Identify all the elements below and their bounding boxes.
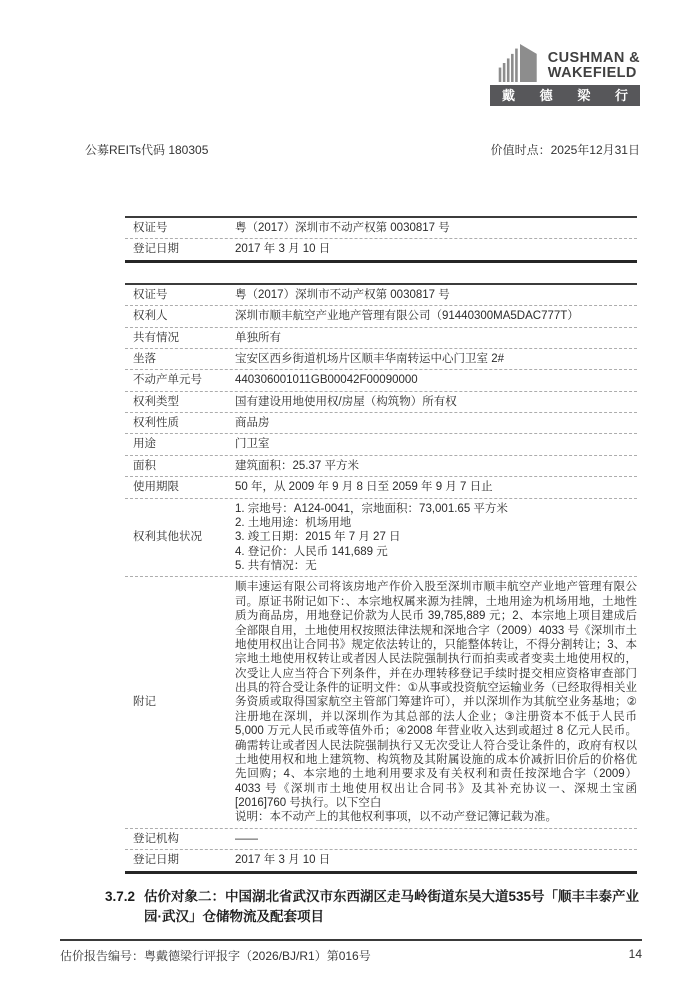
row-value: 50 年，从 2009 年 9 月 8 日至 2059 年 9 月 7 日止 (235, 480, 637, 494)
table-row: 面积 建筑面积：25.37 平方米 (125, 455, 637, 476)
row-value: 顺丰速运有限公司将该房地产作价入股至深圳市顺丰航空产业地产管理有限公司。原证书附… (235, 580, 637, 824)
row-label: 登记机构 (125, 832, 235, 846)
row-label: 登记日期 (125, 853, 235, 867)
row-value: 单独所有 (235, 331, 637, 345)
row-label: 面积 (125, 459, 235, 473)
section-title: 估价对象二：中国湖北省武汉市东西湖区走马岭街道东吴大道535号「顺丰丰泰产业园·… (144, 887, 650, 928)
row-label: 用途 (125, 437, 235, 451)
table-row: 登记日期 2017 年 3 月 10 日 (125, 849, 637, 870)
table-row: 使用期限 50 年，从 2009 年 9 月 8 日至 2059 年 9 月 7… (125, 476, 637, 497)
row-label: 权利性质 (125, 416, 235, 430)
section-heading: 3.7.2 估价对象二：中国湖北省武汉市东西湖区走马岭街道东吴大道535号「顺丰… (105, 887, 650, 928)
brand-line1: CUSHMAN & (548, 51, 640, 67)
building-logo-icon (498, 44, 542, 82)
row-label: 坐落 (125, 352, 235, 366)
certificate-summary-table: 权证号 粤（2017）深圳市不动产权第 0030817 号 登记日期 2017 … (125, 216, 637, 263)
table-row: 登记机构 —— (125, 828, 637, 849)
document-meta-row: 公募REITs代码 180305 价值时点：2025年12月31日 (85, 141, 640, 158)
table-row: 权利类型 国有建设用地使用权/房屋（构筑物）所有权 (125, 391, 637, 412)
row-label: 使用期限 (125, 480, 235, 494)
row-label: 登记日期 (125, 242, 235, 256)
table-row: 权利人 深圳市顺丰航空产业地产管理有限公司（91440300MA5DAC777T… (125, 305, 637, 326)
table-row: 权利性质 商品房 (125, 412, 637, 433)
row-value: 粤（2017）深圳市不动产权第 0030817 号 (235, 221, 637, 235)
report-number: 估价报告编号：粤戴德梁行评报字（2026/BJ/R1）第016号 (60, 947, 371, 964)
row-label: 权证号 (125, 288, 235, 302)
row-value: 2017 年 3 月 10 日 (235, 853, 637, 867)
page-footer: 估价报告编号：粤戴德梁行评报字（2026/BJ/R1）第016号 14 (60, 939, 642, 964)
row-value: 1. 宗地号：A124-0041，宗地面积：73,001.65 平方米 2. 土… (235, 502, 637, 574)
report-page: CUSHMAN & WAKEFIELD 戴 德 梁 行 公募REITs代码 18… (0, 0, 700, 990)
page-number: 14 (629, 947, 642, 964)
row-value: 深圳市顺丰航空产业地产管理有限公司（91440300MA5DAC777T） (235, 309, 637, 323)
reits-code: 公募REITs代码 180305 (85, 141, 208, 158)
row-value: 国有建设用地使用权/房屋（构筑物）所有权 (235, 395, 637, 409)
brand-chinese-bar: 戴 德 梁 行 (490, 85, 640, 106)
table-row: 权证号 粤（2017）深圳市不动产权第 0030817 号 (125, 218, 637, 238)
table-row: 不动产单元号 440306001011GB00042F00090000 (125, 369, 637, 390)
table-row: 权证号 粤（2017）深圳市不动产权第 0030817 号 (125, 285, 637, 305)
row-label: 权证号 (125, 221, 235, 235)
row-value: 粤（2017）深圳市不动产权第 0030817 号 (235, 288, 637, 302)
row-label: 共有情况 (125, 331, 235, 345)
table-row-other-rights: 权利其他状况 1. 宗地号：A124-0041，宗地面积：73,001.65 平… (125, 498, 637, 577)
cushman-wakefield-logo: CUSHMAN & WAKEFIELD 戴 德 梁 行 (490, 44, 640, 106)
row-label: 不动产单元号 (125, 373, 235, 387)
row-value: 2017 年 3 月 10 日 (235, 242, 637, 256)
row-value: —— (235, 832, 637, 846)
property-registration-table: 权证号 粤（2017）深圳市不动产权第 0030817 号 权利人 深圳市顺丰航… (125, 283, 637, 874)
valuation-date: 价值时点：2025年12月31日 (491, 141, 640, 158)
table-row: 登记日期 2017 年 3 月 10 日 (125, 238, 637, 259)
row-value: 建筑面积：25.37 平方米 (235, 459, 637, 473)
section-number: 3.7.2 (105, 887, 135, 928)
row-label: 附记 (125, 695, 235, 709)
row-value: 宝安区西乡街道机场片区顺丰华南转运中心门卫室 2# (235, 352, 637, 366)
row-label: 权利其他状况 (125, 530, 235, 544)
row-value: 商品房 (235, 416, 637, 430)
logo-top: CUSHMAN & WAKEFIELD (490, 44, 640, 82)
table-row: 坐落 宝安区西乡街道机场片区顺丰华南转运中心门卫室 2# (125, 348, 637, 369)
table-row: 共有情况 单独所有 (125, 327, 637, 348)
brand-name: CUSHMAN & WAKEFIELD (548, 51, 640, 82)
table-row-remarks: 附记 顺丰速运有限公司将该房地产作价入股至深圳市顺丰航空产业地产管理有限公司。原… (125, 576, 637, 827)
row-label: 权利类型 (125, 395, 235, 409)
row-value: 440306001011GB00042F00090000 (235, 373, 637, 387)
row-label: 权利人 (125, 309, 235, 323)
brand-line2: WAKEFIELD (548, 66, 640, 82)
table-row: 用途 门卫室 (125, 433, 637, 454)
row-value: 门卫室 (235, 437, 637, 451)
